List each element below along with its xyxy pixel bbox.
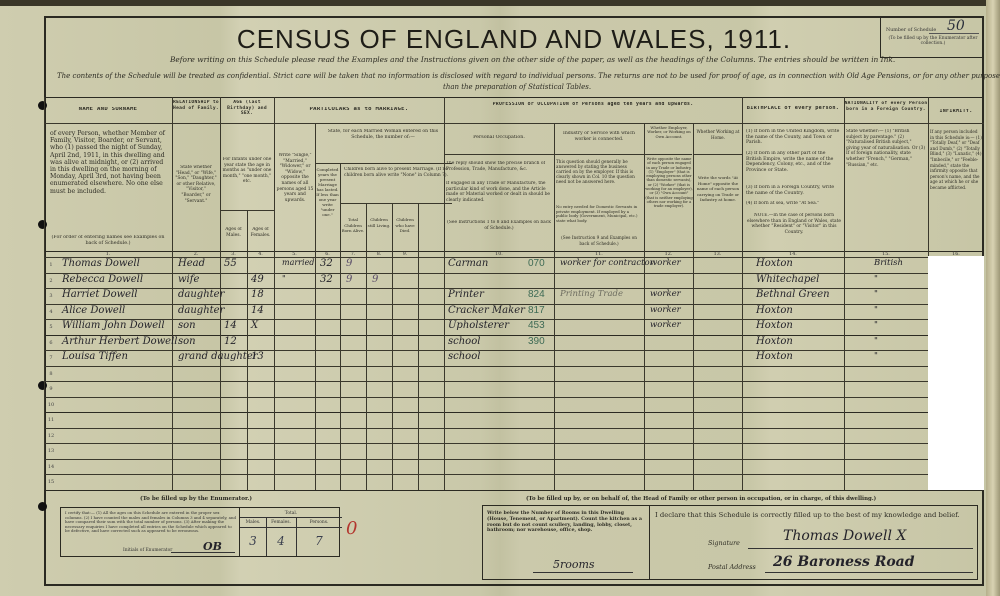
header-children-died: Children who have Died. <box>392 217 418 234</box>
red-check-mark: 0 <box>346 518 357 539</box>
cell-occupation: school <box>448 336 480 347</box>
row-number: 12 <box>45 433 57 439</box>
rooms-instruction: Write below the Number of Rooms in this … <box>487 511 645 534</box>
cell-birthplace: Hoxton <box>756 351 793 362</box>
instruction-line: Before writing on this Schedule please r… <box>170 55 895 64</box>
cell-age-f: 14 <box>251 305 264 316</box>
table-row: 14 <box>44 459 984 475</box>
row-number: 13 <box>45 448 57 454</box>
cell-relationship: daughter <box>178 305 224 316</box>
cell-name: William John Dowell <box>62 320 165 331</box>
signature-value: Thomas Dowell X <box>783 528 906 544</box>
totals-table: Total. Males. Females. Persons. 3 4 7 <box>239 508 341 556</box>
cell-age-f: 13 <box>251 351 264 362</box>
header-home-body: Write the words "At Home" opposite the n… <box>696 175 740 203</box>
cell-relationship: daughter <box>178 289 224 300</box>
declaration-text: I declare that this Schedule is correctl… <box>655 511 960 519</box>
cell-employer: worker <box>650 289 681 299</box>
cell-employer: worker <box>650 305 681 315</box>
table-row: 8 <box>44 366 984 382</box>
cell-employer: worker <box>650 258 681 268</box>
cell-nationality: " <box>874 336 878 346</box>
schedule-number: 50 <box>947 18 965 34</box>
header-nationality-body: State whether:— (1) "British subject by … <box>846 129 926 168</box>
signature-label: Signature <box>708 539 740 547</box>
initials-label: Initials of Enumerator <box>123 548 172 553</box>
cell-name: Rebecca Dowell <box>62 274 143 285</box>
cell-condition: " <box>282 274 286 283</box>
cell-years: 32 <box>320 258 333 269</box>
cell-relationship: wife <box>178 274 199 285</box>
header-relationship: RELATIONSHIP to Head of Family. <box>172 100 220 111</box>
confidential-line: The contents of the Schedule will be tre… <box>57 72 1000 80</box>
header-marriage-state-for: State, for each Married Woman entered on… <box>317 129 449 140</box>
table-row: 3Harriet Dowelldaughter18Printer824Print… <box>44 288 984 304</box>
header-marriage: PARTICULARS as to MARRIAGE. <box>274 107 444 113</box>
header-industry-note: (See Instruction 9 and Examples on back … <box>556 235 642 246</box>
header-age-body: For Infants under one year state the age… <box>222 157 272 185</box>
row-number: 7 <box>45 355 57 361</box>
header-employer-body: Write opposite the name of each person e… <box>645 157 693 209</box>
header-name-note: (For order of entering names see Example… <box>48 235 168 246</box>
page-top-edge <box>0 0 1000 6</box>
cell-occ-code: 817 <box>528 305 545 316</box>
cell-occupation: Carman <box>448 258 488 269</box>
cell-name: Thomas Dowell <box>62 258 140 269</box>
cell-occupation: Cracker Maker <box>448 305 525 316</box>
cell-years: 32 <box>320 274 333 285</box>
enumerator-certify: I certify that:— (1) All the ages on thi… <box>65 511 237 534</box>
header-personal-body-1: The reply should show the precise branch… <box>446 161 552 172</box>
table-row: 15 <box>44 474 984 490</box>
cell-condition: married <box>282 258 314 267</box>
table-row: 6Arthur Herbert Dowellson12school390Hoxt… <box>44 335 984 351</box>
cell-nationality: British <box>874 258 903 268</box>
row-number: 4 <box>45 309 57 315</box>
header-name: NAME AND SURNAME <box>44 107 172 113</box>
header-children-living: Children still Living. <box>366 217 392 228</box>
header-personal-body-2: If engaged in any Trade or Manufacture, … <box>446 181 552 203</box>
cell-relationship: son <box>178 320 196 331</box>
table-row: 13 <box>44 443 984 459</box>
cell-relationship: grand daughter <box>178 351 258 362</box>
header-birthplace-note: NOTE.—In the case of persons born elsewh… <box>746 213 842 235</box>
cell-nationality: " <box>874 274 878 284</box>
header-birthplace-body-1: (1) If born in the United Kingdom, write… <box>746 129 842 146</box>
cell-living: 9 <box>372 274 378 285</box>
cell-birthplace: Whitechapel <box>756 274 819 285</box>
cell-employer: worker <box>650 320 681 330</box>
row-number: 14 <box>45 464 57 470</box>
cell-relationship: son <box>178 336 196 347</box>
header-nationality: NATIONALITY of every Person born in a Fo… <box>844 101 928 112</box>
cell-occupation: school <box>448 351 480 362</box>
schedule-number-note: (To be filled up by the Enumerator after… <box>885 36 981 46</box>
row-number: 11 <box>45 417 57 423</box>
header-birthplace-body-4: (4) If born at sea, write "At Sea." <box>746 201 842 207</box>
row-number: 5 <box>45 324 57 330</box>
header-birthplace: BIRTHPLACE of every person. <box>742 106 844 112</box>
postal-address-label: Postal Address <box>708 563 756 571</box>
cell-relationship: Head <box>178 258 205 269</box>
row-number: 1 <box>45 262 57 268</box>
total-persons: 7 <box>296 534 342 548</box>
cell-occupation: Upholsterer <box>448 320 509 331</box>
cell-total: 9 <box>346 274 352 285</box>
cell-name: Louisa Tiffen <box>62 351 128 362</box>
header-industry: Industry or Service with which worker is… <box>556 131 642 142</box>
cell-occ-code: 070 <box>528 258 545 269</box>
header-infirmity: INFIRMITY. <box>928 109 984 115</box>
enumerator-initials: OB <box>203 540 222 553</box>
cell-name: Arthur Herbert Dowell <box>62 336 178 347</box>
table-row: 11 <box>44 412 984 428</box>
header-age-males: Ages of Males. <box>220 227 247 238</box>
header-marriage-condition: Write "Single," "Married," "Widower," or… <box>276 153 314 203</box>
row-number: 6 <box>45 340 57 346</box>
enumerator-box: I certify that:— (1) All the ages on thi… <box>60 507 340 557</box>
cell-nationality: " <box>874 305 878 315</box>
cell-birthplace: Hoxton <box>756 305 793 316</box>
table-row: 1Thomas DowellHead55married329Carman070w… <box>44 257 984 273</box>
total-females: 4 <box>266 534 296 548</box>
cell-age-m: 14 <box>224 320 237 331</box>
redacted-area <box>928 256 984 490</box>
row-number: 8 <box>45 371 57 377</box>
cell-nationality: " <box>874 351 878 361</box>
cell-occ-code: 390 <box>528 336 545 347</box>
row-number: 9 <box>45 386 57 392</box>
table-row: 4Alice Dowelldaughter14Cracker Maker817w… <box>44 304 984 320</box>
header-birthplace-body-2: (2) If born in any other part of the Bri… <box>746 151 842 173</box>
cell-birthplace: Hoxton <box>756 336 793 347</box>
punch-hole-icon <box>38 502 47 511</box>
header-children: Children born alive to present Marriage.… <box>342 167 450 178</box>
census-table: NAME AND SURNAME of every Person, whethe… <box>44 97 984 490</box>
cell-age-f: 18 <box>251 289 264 300</box>
page-title: CENSUS OF ENGLAND AND WALES, 1911. <box>44 24 984 55</box>
header-relationship-body: State whether "Head," or "Wife," "Son," … <box>174 165 218 204</box>
females-label: Females. <box>266 520 296 525</box>
header-personal-note: (See Instructions 1 to 8 and Examples on… <box>446 220 552 231</box>
cell-birthplace: Bethnal Green <box>756 289 830 300</box>
header-industry-body-2: No entry needed for Domestic Servants in… <box>556 205 642 223</box>
header-children-total: Total Children Born Alive. <box>340 217 366 234</box>
header-personal-occupation: Personal Occupation. <box>444 135 554 141</box>
cell-industry: Printing Trade <box>560 289 623 299</box>
total-males: 3 <box>240 534 266 548</box>
head-caption: (To be filled up by, or on behalf of, th… <box>526 496 876 502</box>
cell-birthplace: Hoxton <box>756 258 793 269</box>
cell-occ-code: 453 <box>528 320 545 331</box>
table-row: 10 <box>44 397 984 413</box>
header-home: Whether Working at Home. <box>694 129 742 140</box>
header-age: AGE (last Birthday) and SEX. <box>220 100 274 117</box>
row-number: 2 <box>45 278 57 284</box>
row-number: 3 <box>45 293 57 299</box>
cell-name: Alice Dowell <box>62 305 125 316</box>
page-right-edge <box>986 0 1000 596</box>
cell-age-m: 12 <box>224 336 237 347</box>
rooms-count: 5rooms <box>553 558 595 571</box>
cell-nationality: " <box>874 320 878 330</box>
cell-industry: worker for contractor <box>560 258 654 268</box>
header-name-body: of every Person, whether Member of Famil… <box>50 130 168 195</box>
header-industry-body: This question should generally be answer… <box>556 159 642 184</box>
table-row: 5William John Dowellson14XUpholsterer453… <box>44 319 984 335</box>
header-employer: Whether Employer, Worker, or Working on … <box>645 126 693 139</box>
cell-nationality: " <box>874 289 878 299</box>
header-age-females: Ages of Females. <box>247 227 274 238</box>
cell-total: 9 <box>346 258 352 269</box>
males-label: Males. <box>240 520 266 525</box>
census-page: CENSUS OF ENGLAND AND WALES, 1911. Befor… <box>0 0 1000 596</box>
table-row: 9 <box>44 381 984 397</box>
cell-occ-code: 824 <box>528 289 545 300</box>
cell-age-f: 49 <box>251 274 264 285</box>
enumerator-caption: (To be filled up by the Enumerator.) <box>140 496 252 502</box>
total-label: Total. <box>240 511 342 516</box>
table-row: 2Rebecca Dowellwife49"3299Whitechapel" <box>44 273 984 289</box>
cell-age-m: 55 <box>224 258 237 269</box>
header-marriage-years: Completed years the present Marriage has… <box>315 167 340 217</box>
persons-label: Persons. <box>296 520 342 525</box>
confidential-line-2: than the preparation of Statistical Tabl… <box>443 83 591 91</box>
cell-occupation: Printer <box>448 289 484 300</box>
postal-address-value: 26 Baroness Road <box>773 554 915 570</box>
table-row: 7Louisa Tiffengrand daughter13schoolHoxt… <box>44 350 984 366</box>
table-row: 12 <box>44 428 984 444</box>
cell-name: Harriet Dowell <box>62 289 137 300</box>
header-birthplace-body-3: (3) If born in a Foreign Country, write … <box>746 185 842 196</box>
head-of-family-box: Write below the Number of Rooms in this … <box>482 505 978 580</box>
schedule-number-box: Number of Schedule 50 (To be filled up b… <box>880 16 984 58</box>
header-occupation: PROFESSION or OCCUPATION of Persons aged… <box>444 102 742 108</box>
row-number: 10 <box>45 402 57 408</box>
row-number: 15 <box>45 479 57 485</box>
cell-birthplace: Hoxton <box>756 320 793 331</box>
cell-age-f: X <box>251 320 258 331</box>
header-infirmity-body: If any person included in this Schedule … <box>930 129 982 191</box>
